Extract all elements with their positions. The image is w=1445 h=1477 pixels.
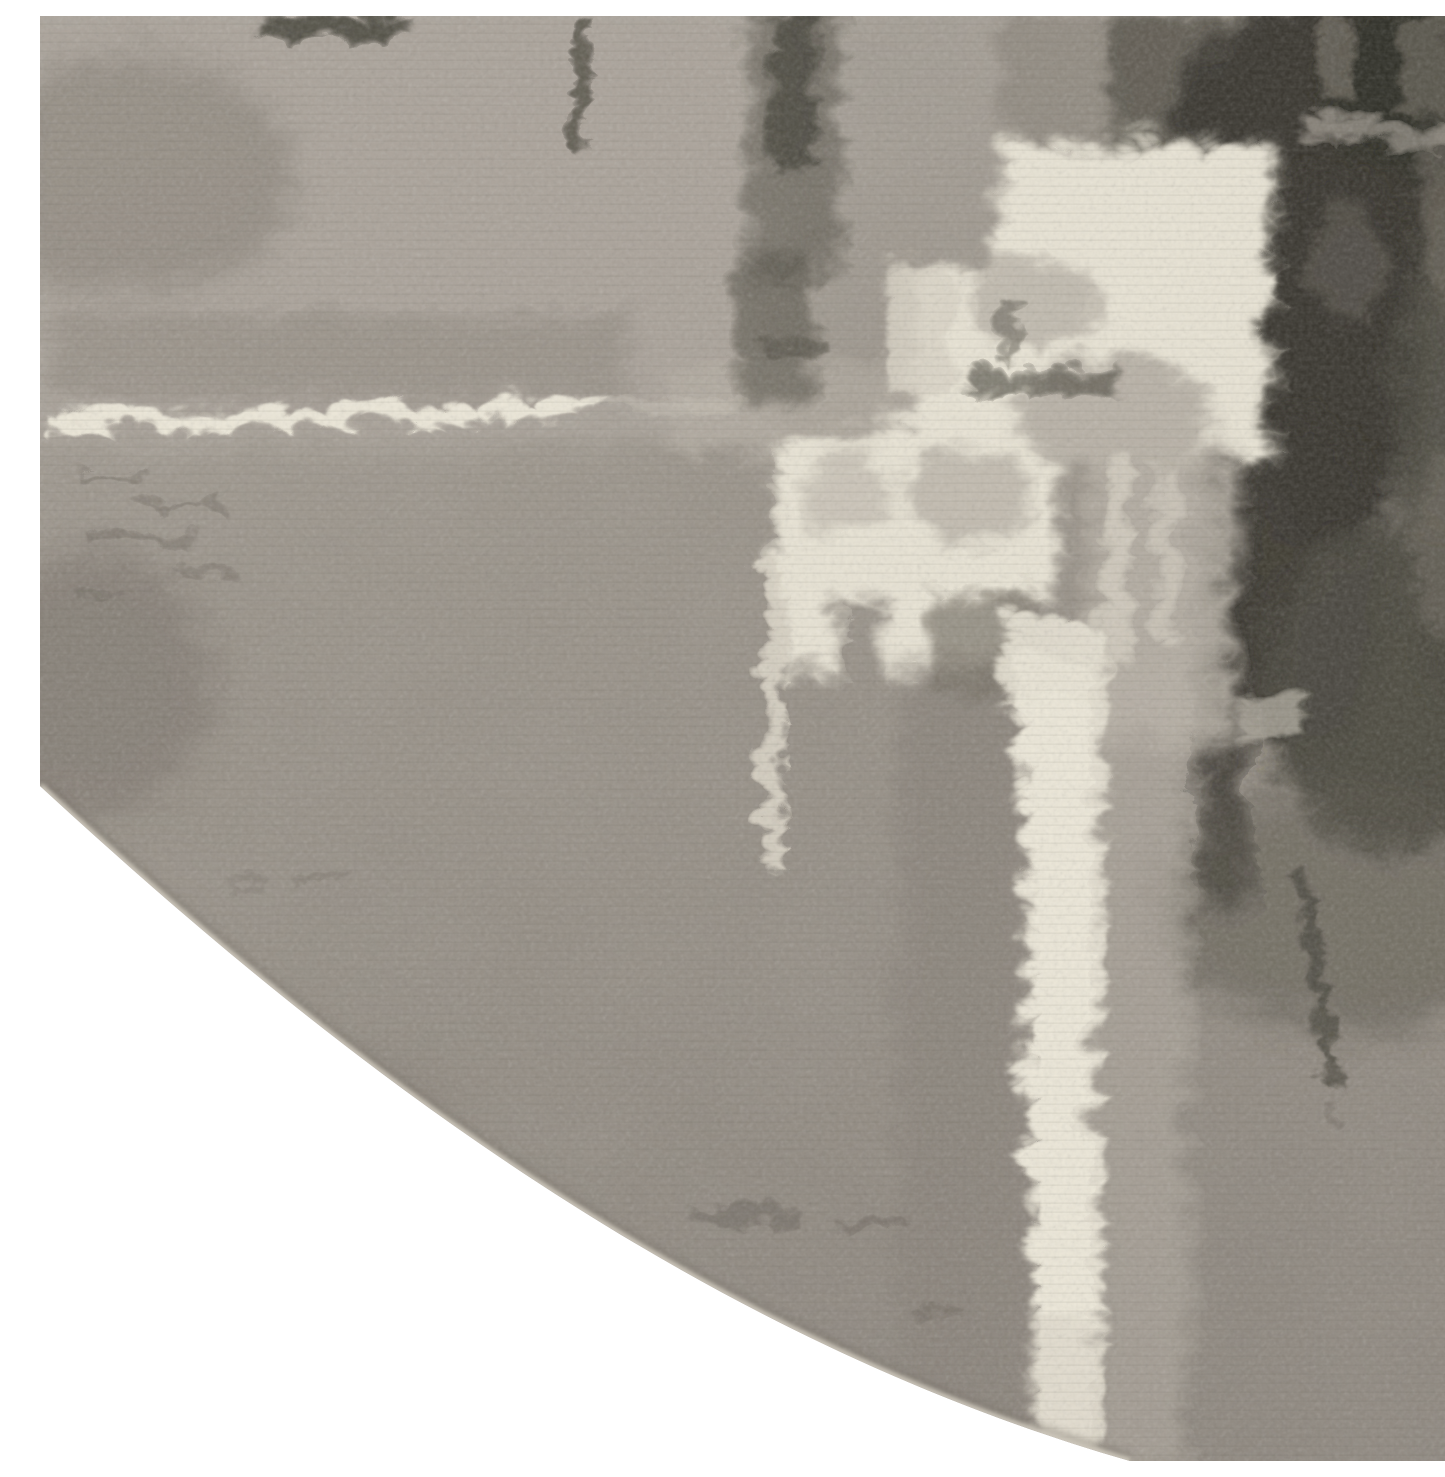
rug-product-photo: [40, 16, 1445, 1461]
round-rug: [40, 16, 1445, 1461]
rug-photo-canvas: [40, 16, 1445, 1461]
pile-grain-texture: [40, 16, 1445, 1461]
